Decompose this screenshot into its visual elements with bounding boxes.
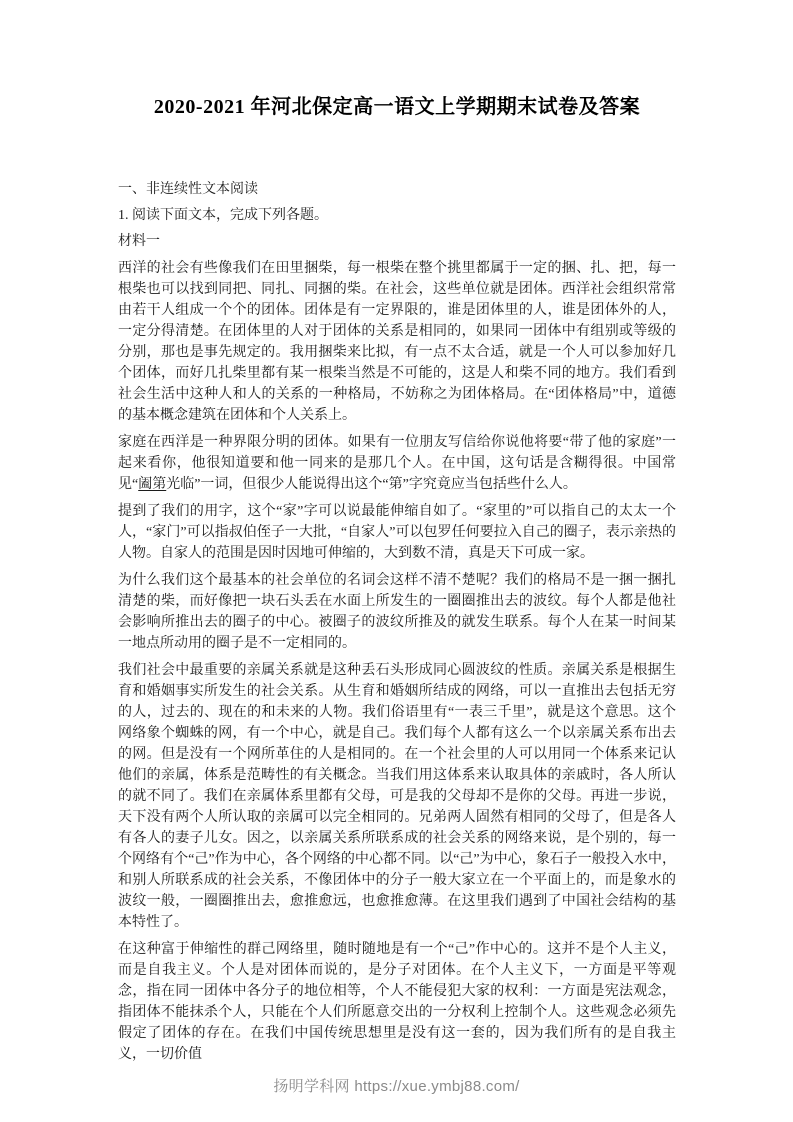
body-paragraph-6: 在这种富于伸缩性的群己网络里，随时随地是有一个“己”作中心的。这并不是个人主义，… [118,939,676,1065]
body-paragraph-1: 西洋的社会有些像我们在田里捆柴，每一根柴在整个挑里都属于一定的捆、扎、把，每一根… [118,258,676,426]
page-title: 2020-2021 年河北保定高一语文上学期期末试卷及答案 [118,96,676,119]
body-paragraph-4: 为什么我们这个最基本的社会单位的名词会这样不清不楚呢？我们的格局不是一捆一捆扎清… [118,570,676,654]
material-label: 材料一 [118,231,676,252]
section-heading: 一、非连续性文本阅读 [118,179,676,200]
document-page: 2020-2021 年河北保定高一语文上学期期末试卷及答案 一、非连续性文本阅读… [0,0,793,1065]
underlined-term: 阖第 [138,477,166,492]
page-footer: 扬明学科网 https://xue.ymbj88.com/ [0,1077,793,1096]
body-paragraph-5: 我们社会中最重要的亲属关系就是这种丢石头形成同心圆波纹的性质。亲属关系是根据生育… [118,660,676,933]
question-line: 1. 阅读下面文本，完成下列各题。 [118,205,676,226]
body-paragraph-2: 家庭在西洋是一种界限分明的团体。如果有一位朋友写信给你说他将要“带了他的家庭”一… [118,432,676,495]
footer-watermark: 扬明学科网 https://xue.ymbj88.com/ [273,1078,519,1095]
body-paragraph-3: 提到了我们的用字，这个“家”字可以说最能伸缩自如了。“家里的”可以指自己的太太一… [118,501,676,564]
paragraph-2-text-after: 光临”一词，但很少人能说得出这个“第”字究竟应当包括些什么人。 [166,477,577,492]
